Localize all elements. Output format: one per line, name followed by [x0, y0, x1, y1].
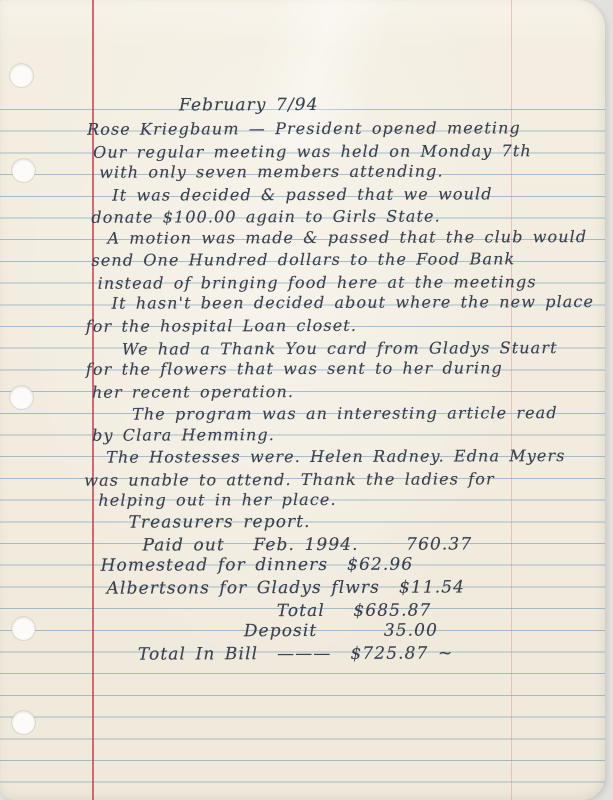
handwritten-line: by Clara Hemming.	[92, 424, 275, 446]
handwriting-layer: February 7/94Rose Kriegbaum — President …	[0, 0, 606, 800]
handwritten-line: The Hostesses were. Helen Radney. Edna M…	[106, 445, 565, 468]
handwritten-line: Total $685.87	[277, 600, 432, 622]
handwritten-line: was unable to attend. Thank the ladies f…	[84, 468, 494, 490]
handwritten-line: for the hospital Loan closet.	[86, 315, 357, 337]
handwritten-line: February 7/94	[179, 95, 319, 116]
handwritten-line: Albertsons for Gladys flwrs $11.54	[107, 577, 465, 599]
handwritten-line: send One Hundred dollars to the Food Ban…	[91, 249, 515, 271]
handwritten-line: It hasn't been decided about where the n…	[112, 291, 594, 314]
ruled-paper: February 7/94Rose Kriegbaum — President …	[0, 0, 605, 800]
handwritten-line: The program was an interesting article r…	[132, 403, 558, 425]
handwritten-line: Paid out Feb. 1994. 760.37	[142, 534, 472, 556]
handwritten-line: her recent operation.	[92, 381, 294, 403]
handwritten-line: A motion was made & passed that the club…	[107, 226, 587, 249]
handwritten-line: instead of bringing food here at the mee…	[98, 271, 537, 294]
handwritten-line: with only seven members attending.	[99, 160, 444, 182]
handwritten-line: helping out in her place.	[98, 489, 336, 511]
handwritten-line: Treasurers report.	[128, 512, 310, 534]
handwritten-line: donate $100.00 again to Girls State.	[91, 206, 440, 228]
handwritten-line: Deposit 35.00	[244, 620, 438, 642]
handwritten-line: Rose Kriegbaum — President opened meetin…	[87, 117, 521, 140]
handwritten-line: It was decided & passed that we would	[112, 183, 492, 205]
handwritten-line: Total In Bill ——— $725.87 ~	[138, 643, 453, 665]
scanned-page: February 7/94Rose Kriegbaum — President …	[0, 0, 613, 800]
handwritten-line: We had a Thank You card from Gladys Stua…	[122, 337, 558, 360]
handwritten-line: for the flowers that was sent to her dur…	[86, 357, 503, 379]
handwritten-line: Our regular meeting was held on Monday 7…	[93, 140, 532, 163]
handwritten-line: Homestead for dinners $62.96	[101, 555, 414, 577]
